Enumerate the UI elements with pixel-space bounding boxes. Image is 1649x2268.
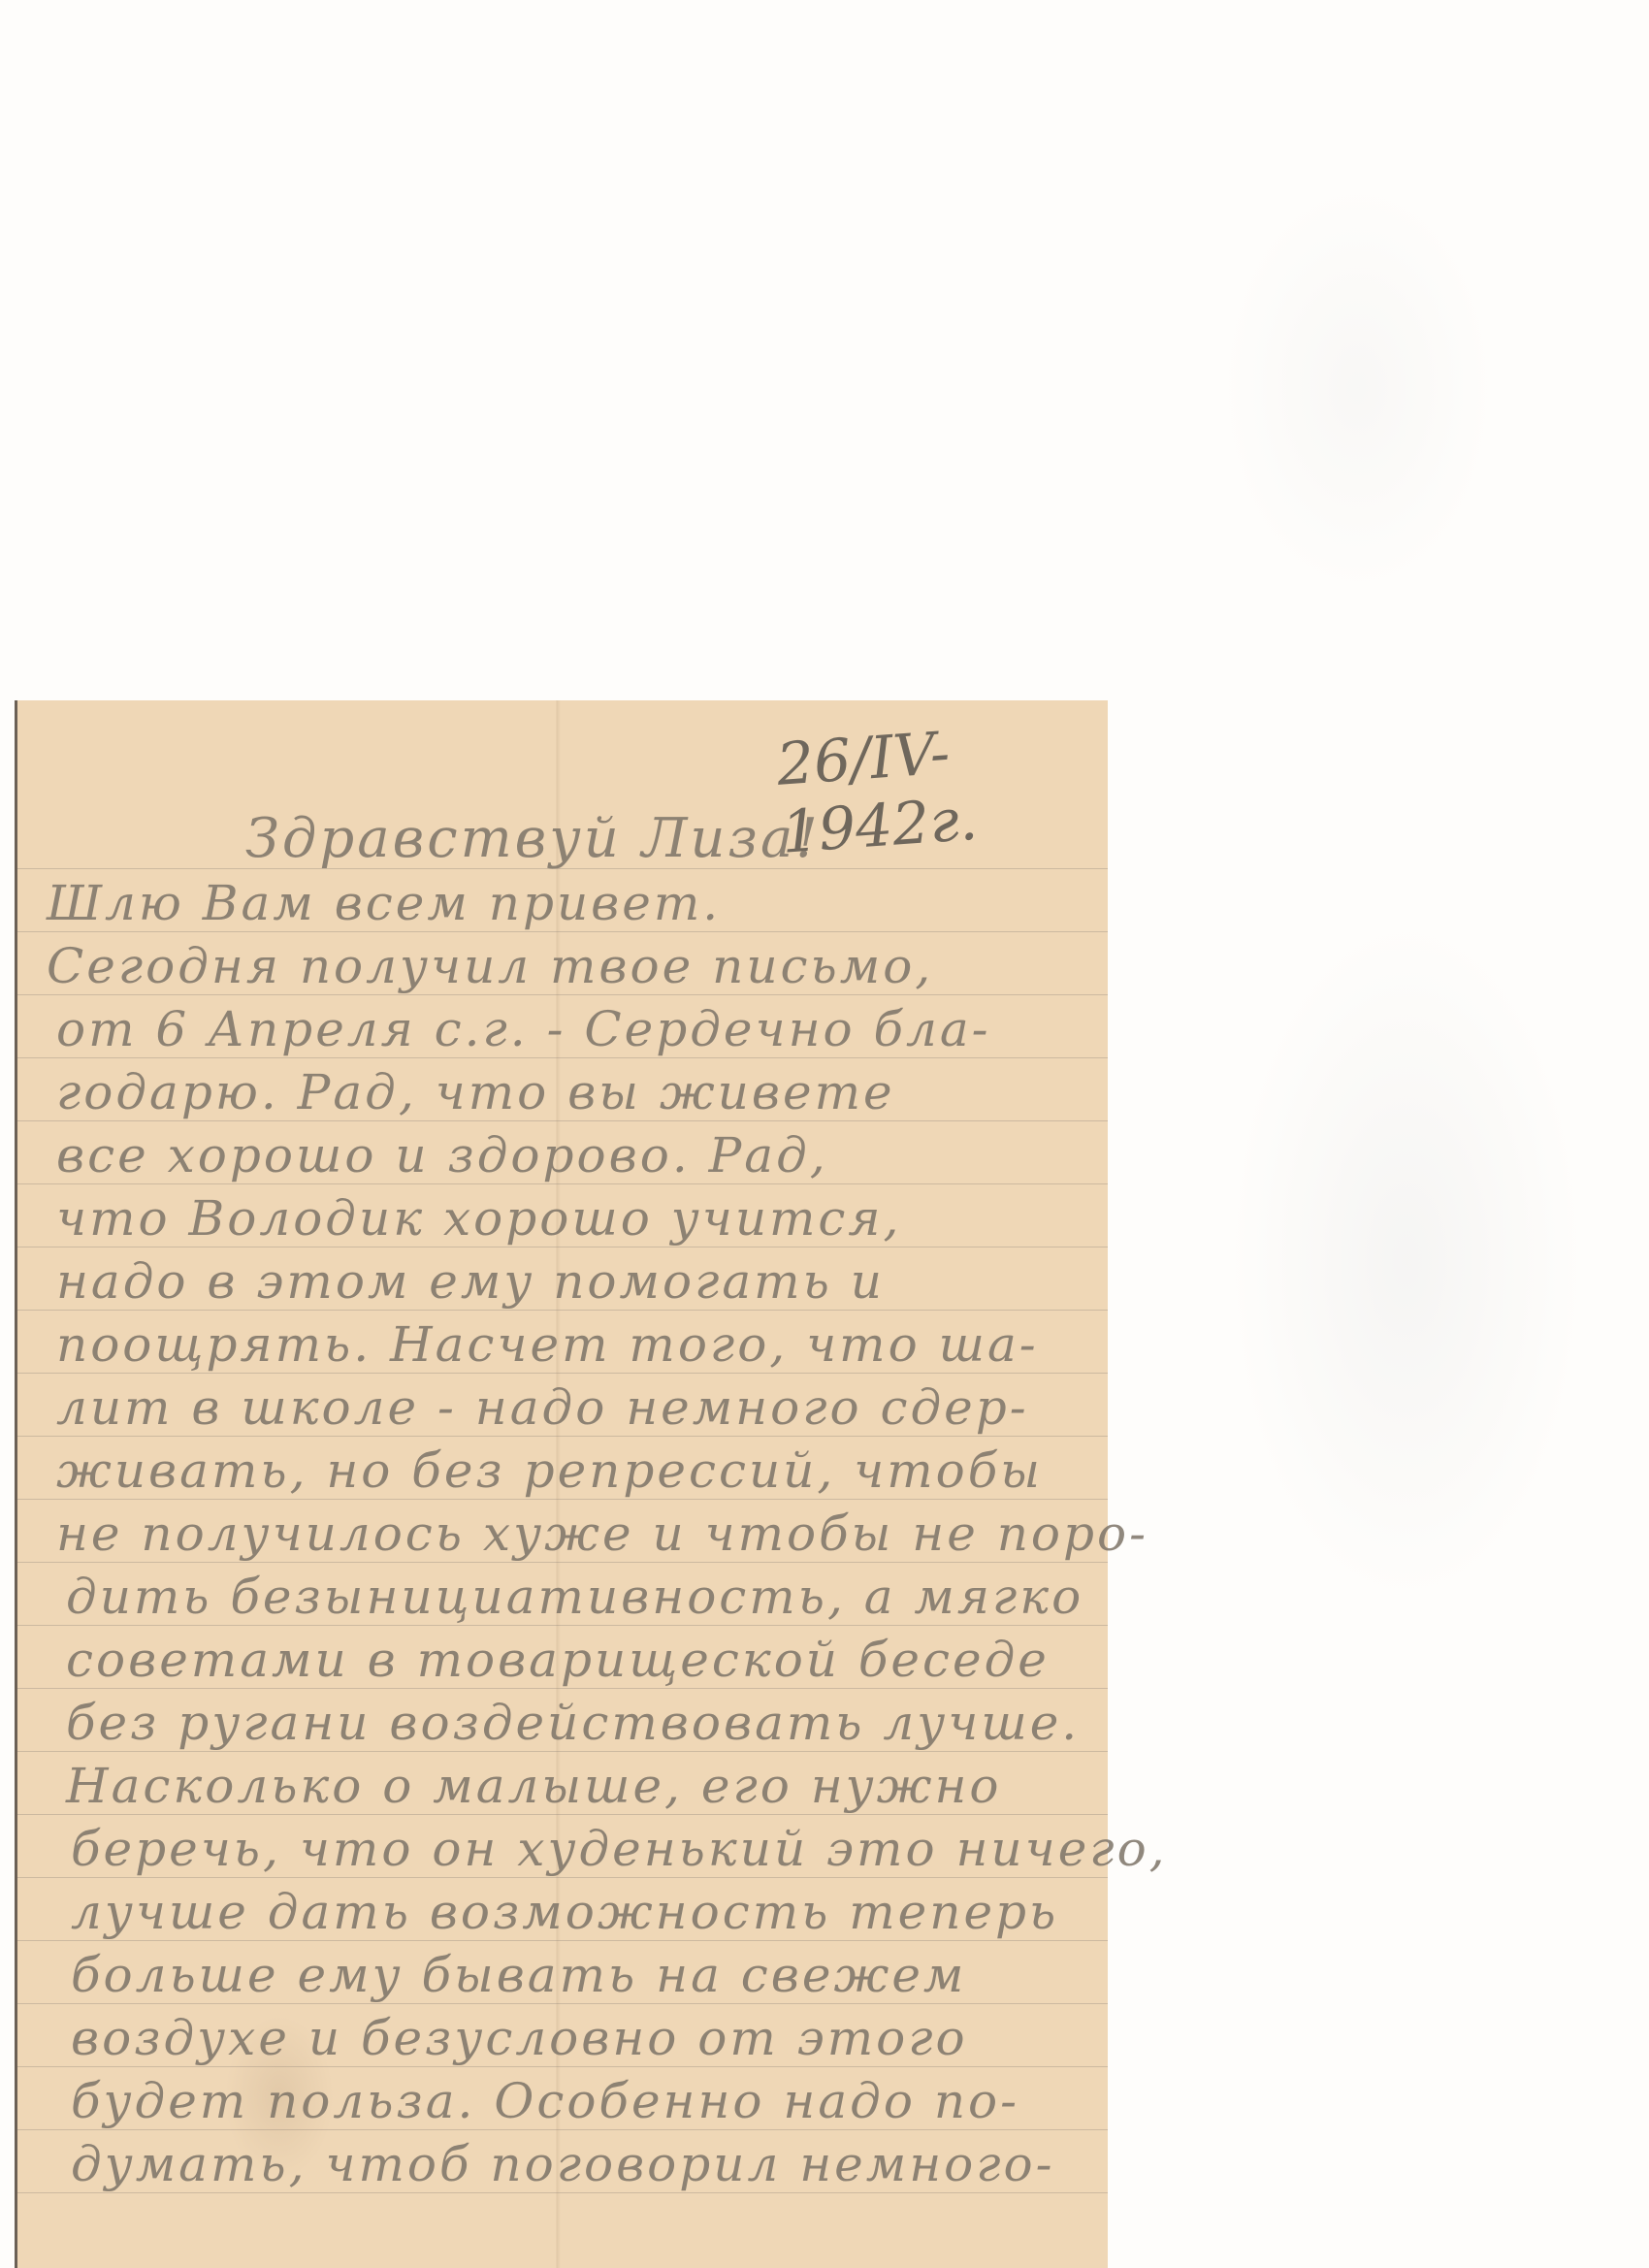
letter-line: лит в школе - надо немного сдер-	[56, 1379, 1029, 1436]
ruled-line	[17, 1814, 1108, 1815]
ruled-line	[17, 1625, 1108, 1626]
letter-line: что Володик хорошо учится,	[56, 1190, 901, 1247]
ruled-line	[17, 994, 1108, 995]
ruled-line	[17, 1877, 1108, 1878]
ruled-line	[17, 1436, 1108, 1437]
ruled-line	[17, 1057, 1108, 1058]
ruled-line	[17, 1120, 1108, 1121]
letter-line: Насколько о малыше, его нужно	[66, 1758, 1002, 1814]
letter-line: будет польза. Особенно надо по-	[71, 2073, 1019, 2129]
letter-line: живать, но без репрессий, чтобы	[56, 1442, 1043, 1499]
letter-line: годарю. Рад, что вы живете	[56, 1064, 895, 1120]
letter-line: лучше дать возможность теперь	[71, 1884, 1058, 1940]
ruled-line	[17, 1688, 1108, 1689]
letter-line: Сегодня получил твое письмо,	[47, 938, 933, 994]
letter-line: не получилось хуже и чтобы не поро-	[56, 1506, 1148, 1562]
ruled-line	[17, 2129, 1108, 2130]
ruled-line	[17, 2003, 1108, 2004]
ruled-line	[17, 1940, 1108, 1941]
letter-line: от 6 Апреля с.г. - Сердечно бла-	[56, 1001, 991, 1057]
letter-greeting: Здравствуй Лиза!	[245, 807, 821, 870]
ruled-line	[17, 2066, 1108, 2067]
letter-line: советами в товарищеской беседе	[66, 1632, 1050, 1688]
ruled-line	[17, 2192, 1108, 2193]
ruled-line	[17, 1499, 1108, 1500]
ruled-line	[17, 1562, 1108, 1563]
letter-line: дить безынициативность, а мягко	[66, 1569, 1083, 1625]
letter-line: воздухе и безусловно от этого	[71, 2010, 968, 2066]
letter-line: надо в этом ему помогать и	[56, 1253, 885, 1310]
ruled-line	[17, 1373, 1108, 1374]
letter-line: без ругани воздействовать лучше.	[66, 1695, 1080, 1751]
letter-line: все хорошо и здорово. Рад,	[56, 1127, 828, 1183]
letter-line: Шлю Вам всем привет.	[47, 875, 721, 931]
ruled-line	[17, 1247, 1108, 1247]
ruled-line	[17, 1751, 1108, 1752]
letter-page: 26/IV-1942г. Здравствуй Лиза! Шлю Вам вс…	[15, 700, 1108, 2268]
letter-line: думать, чтоб поговорил немного-	[71, 2136, 1055, 2192]
letter-line: беречь, что он худенький это ничего,	[71, 1821, 1168, 1877]
letter-date: 26/IV-1942г.	[775, 708, 1113, 866]
letter-line: больше ему бывать на свежем	[71, 1947, 966, 2003]
ruled-line	[17, 1183, 1108, 1184]
ruled-line	[17, 1310, 1108, 1311]
ruled-line	[17, 931, 1108, 932]
letter-line: поощрять. Насчет того, что ша-	[56, 1316, 1039, 1373]
